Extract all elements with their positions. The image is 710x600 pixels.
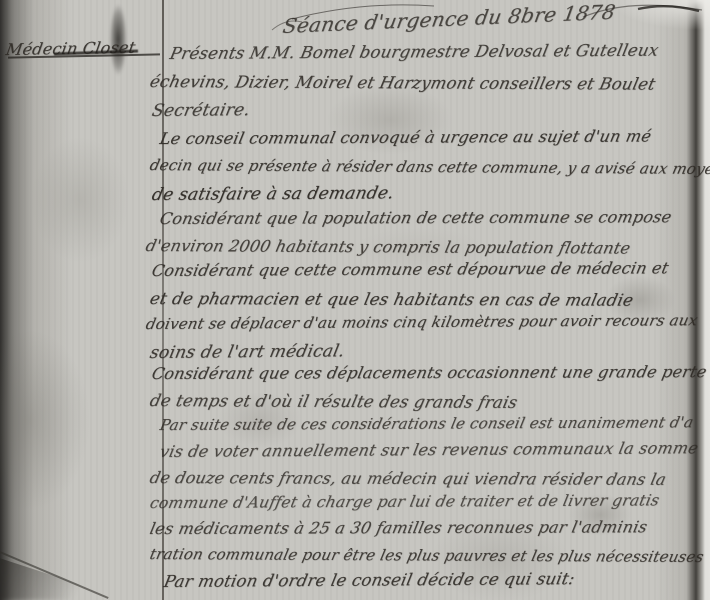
manuscript-line: Considérant que la population de cette c…	[158, 209, 673, 227]
manuscript-line: tration communale pour être les plus pau…	[148, 547, 705, 565]
manuscript-line: vis de voter annuellement sur les revenu…	[158, 440, 699, 460]
manuscript-line: et de pharmacien et que les habitants en…	[148, 291, 635, 309]
manuscript-line: soins de l'art médical.	[148, 343, 346, 362]
manuscript-line: doivent se déplacer d'au moins cinq kilo…	[144, 313, 698, 332]
manuscript-line: les médicaments à 25 a 30 familles recon…	[148, 519, 648, 537]
manuscript-line: échevins, Dizier, Moirel et Harzymont co…	[148, 74, 657, 93]
manuscript-line: de douze cents francs, au médecin qui vi…	[148, 470, 667, 488]
scanned-manuscript-page: Médecin Closet Séance d'urgence du 8bre …	[0, 0, 710, 600]
session-title: Séance d'urgence du 8bre 1878	[281, 2, 617, 36]
manuscript-line: commune d'Auffet à charge par lui de tra…	[148, 493, 660, 511]
manuscript-line: Par motion d'ordre le conseil décide ce …	[162, 571, 576, 590]
manuscript-line: Considérant que ces déplacements occasio…	[150, 364, 708, 382]
manuscript-line: Le conseil communal convoqué à urgence a…	[158, 128, 652, 147]
manuscript-line: de satisfaire à sa demande.	[150, 185, 395, 204]
manuscript-line: decin qui se présente à résider dans cet…	[148, 158, 710, 177]
manuscript-line: Considérant que cette commune est dépour…	[150, 260, 670, 279]
page-corner-shadow	[0, 542, 128, 600]
manuscript-line: de temps et d'où il résulte des grands f…	[148, 393, 519, 411]
manuscript-line: Présents M.M. Bomel bourgmestre Delvosal…	[168, 43, 660, 63]
manuscript-line: Secrétaire.	[150, 102, 251, 120]
manuscript-line: Par suite suite de ces considérations le…	[158, 415, 694, 433]
manuscript-line: d'environ 2000 habitants y compris la po…	[144, 238, 632, 257]
